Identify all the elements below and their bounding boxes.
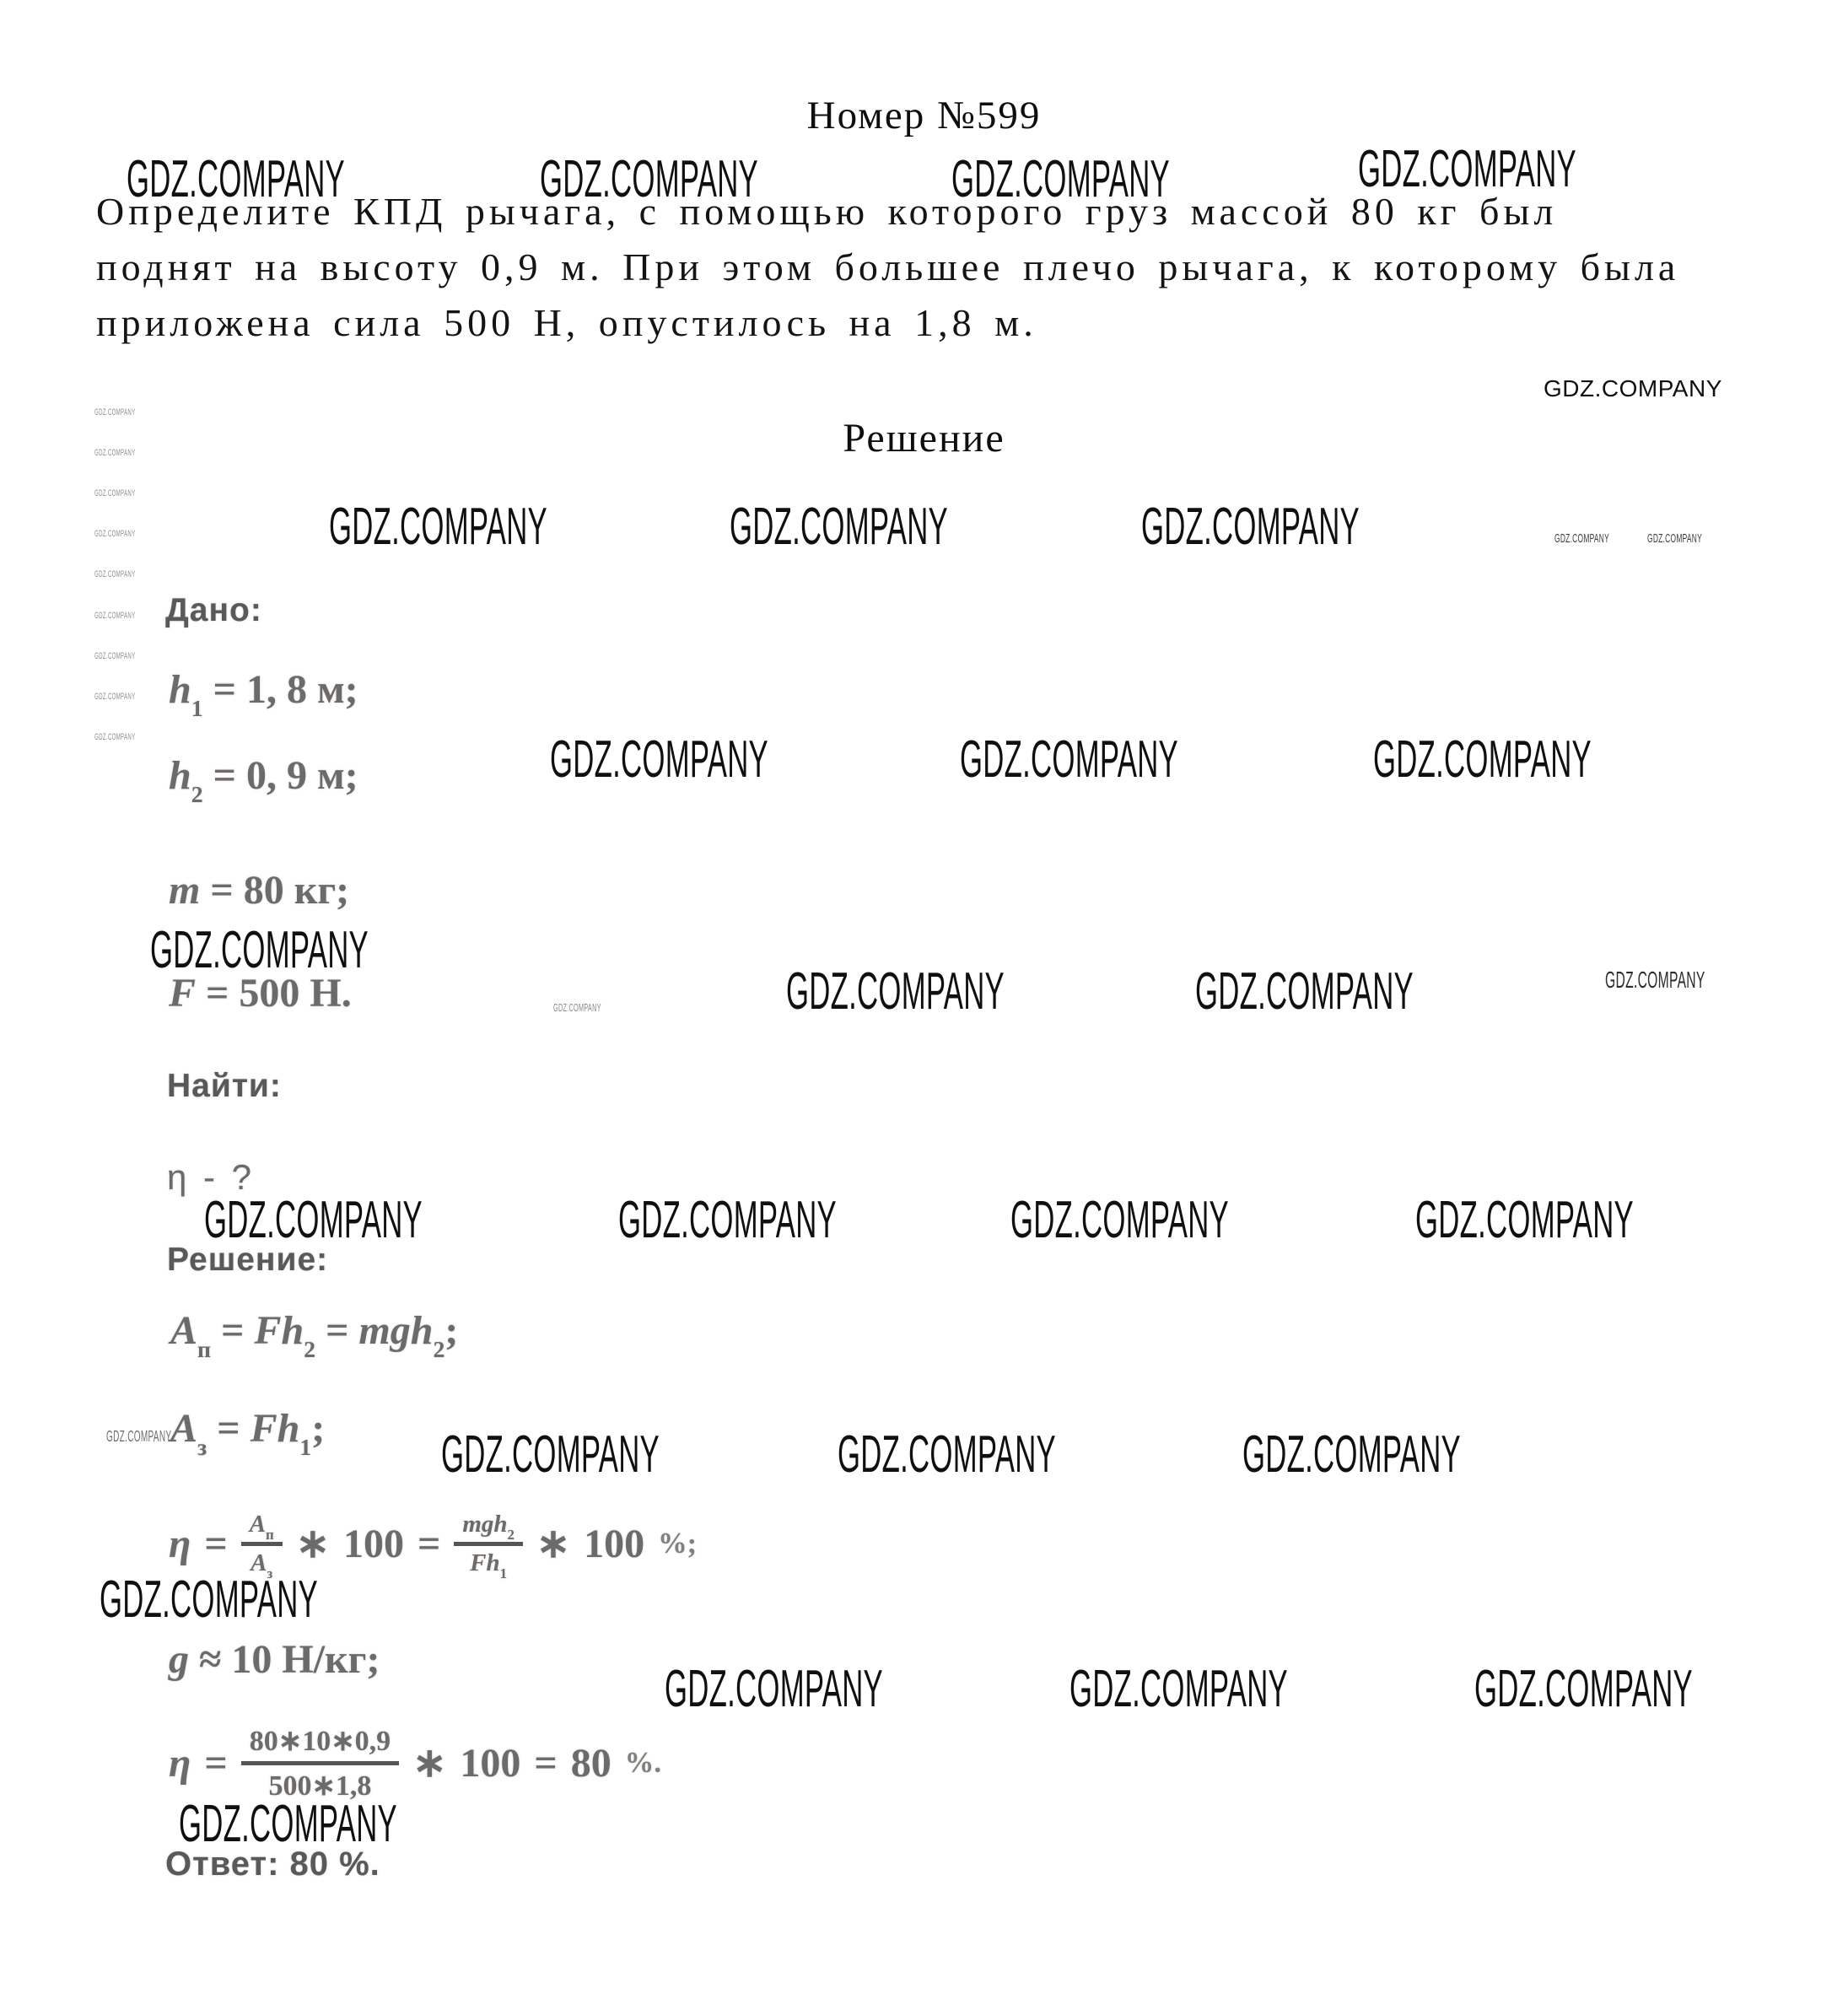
watermark: GDZ.COMPANY: [150, 924, 369, 977]
solution-heading: Решение: [0, 415, 1848, 461]
fraction: Aп Aз: [241, 1511, 283, 1577]
formula-var: Fh: [254, 1308, 304, 1353]
eta-symbol: η: [169, 1740, 191, 1786]
given-mass-var: m: [169, 868, 200, 913]
problem-line-3: приложена сила 500 Н, опустилось на 1,8 …: [96, 300, 1037, 345]
numerator: 80∗10∗0,9: [241, 1724, 399, 1765]
watermark: GDZ.COMPANY: [618, 1194, 837, 1247]
fraction: 80∗10∗0,9 500∗1,8: [241, 1724, 399, 1802]
formula-var: g: [169, 1637, 189, 1682]
equals-sign: =: [211, 1308, 254, 1353]
given-h1-sub: 1: [191, 696, 203, 722]
formula-var: Fh: [251, 1406, 300, 1451]
formula-var: A: [170, 1406, 197, 1451]
watermark: GDZ.COMPANY: [100, 1574, 318, 1626]
formula-var: mgh: [358, 1308, 433, 1353]
given-h2-var: h: [169, 753, 191, 798]
equals-sign: =: [207, 1406, 250, 1451]
answer-text: Ответ: 80 %.: [165, 1845, 380, 1883]
watermark: GDZ.COMPANY: [1415, 1194, 1634, 1247]
constant-100: 100: [584, 1521, 644, 1567]
given-mass: m = 80 кг;: [169, 867, 349, 913]
given-h1-var: h: [169, 667, 191, 712]
formula-sub: п: [266, 1527, 274, 1543]
watermark: GDZ.COMPANY: [960, 734, 1178, 786]
equals-sign: =: [534, 1740, 557, 1786]
problem-line-1: Определите КПД рычага, с помощью которог…: [96, 189, 1557, 234]
watermark: GDZ.COMPANY: [1242, 1429, 1461, 1481]
given-h2-value: = 0, 9 м;: [203, 753, 358, 798]
watermark: GDZ.COMPANY: [665, 1663, 883, 1716]
given-h2-sub: 2: [191, 782, 203, 808]
watermark: GDZ.COMPANY: [94, 530, 135, 539]
given-h2: h2 = 0, 9 м;: [169, 752, 358, 799]
numerator: mgh2: [454, 1511, 523, 1546]
watermark: GDZ.COMPANY: [94, 449, 135, 458]
formula-var: mgh: [462, 1511, 507, 1538]
watermark: GDZ.COMPANY: [1544, 377, 1722, 401]
watermark: GDZ.COMPANY: [441, 1429, 660, 1481]
numerator: Aп: [241, 1511, 283, 1546]
watermark: GDZ.COMPANY: [730, 501, 948, 553]
watermark: GDZ.COMPANY: [1554, 532, 1609, 545]
work-heading: Решение:: [167, 1242, 328, 1279]
formula-sub: 2: [433, 1337, 444, 1363]
equals-sign: =: [315, 1308, 358, 1353]
given-force-var: F: [169, 971, 196, 1016]
formula-var: Fh: [470, 1549, 499, 1576]
formula-sub: 2: [508, 1527, 515, 1543]
watermark: GDZ.COMPANY: [1069, 1663, 1288, 1716]
formula-sub: 1: [299, 1435, 311, 1461]
multiply-sign: ∗: [296, 1520, 330, 1567]
gravity-rest: ≈ 10 Н/кг;: [189, 1637, 380, 1682]
watermark: GDZ.COMPANY: [550, 734, 768, 786]
formula-var: A: [250, 1511, 266, 1538]
watermark: GDZ.COMPANY: [94, 612, 135, 621]
percent-sign: %.: [625, 1747, 661, 1780]
given-mass-value: = 80 кг;: [200, 868, 349, 913]
given-heading: Дано:: [165, 592, 262, 629]
multiply-sign: ∗: [536, 1520, 570, 1567]
formula-sub: з: [197, 1435, 207, 1461]
watermark: GDZ.COMPANY: [1358, 143, 1576, 196]
multiply-sign: ∗: [412, 1739, 446, 1786]
find-heading: Найти:: [167, 1068, 282, 1105]
fraction: mgh2 Fh1: [454, 1511, 523, 1577]
watermark: GDZ.COMPANY: [1010, 1194, 1229, 1247]
watermark: GDZ.COMPANY: [553, 1002, 601, 1013]
formula-spent-work: Aз = Fh1;: [170, 1405, 325, 1452]
watermark: GDZ.COMPANY: [106, 1429, 171, 1444]
percent-sign: %;: [658, 1527, 697, 1560]
watermark: GDZ.COMPANY: [1605, 968, 1705, 992]
given-force: F = 500 Н.: [169, 970, 352, 1016]
watermark: GDZ.COMPANY: [94, 408, 135, 418]
result-value: 80: [571, 1740, 612, 1786]
watermark: GDZ.COMPANY: [838, 1429, 1056, 1481]
problem-line-2: поднят на высоту 0,9 м. При этом большее…: [96, 245, 1679, 289]
constant-100: 100: [343, 1521, 404, 1567]
watermark: GDZ.COMPANY: [204, 1194, 423, 1247]
formula-sub: 1: [500, 1565, 507, 1581]
semicolon: ;: [311, 1406, 325, 1451]
equals-sign: =: [204, 1740, 227, 1786]
given-force-value: = 500 Н.: [196, 971, 352, 1016]
formula-var: A: [170, 1308, 197, 1353]
eta-symbol: η: [169, 1521, 191, 1567]
watermark: GDZ.COMPANY: [94, 489, 135, 498]
given-h1-value: = 1, 8 м;: [203, 667, 358, 712]
watermark: GDZ.COMPANY: [94, 692, 135, 702]
watermark: GDZ.COMPANY: [1195, 966, 1414, 1018]
formula-sub: 2: [304, 1337, 315, 1363]
watermark: GDZ.COMPANY: [1474, 1663, 1693, 1716]
given-h1: h1 = 1, 8 м;: [169, 666, 358, 713]
constant-100: 100: [460, 1740, 520, 1786]
equals-sign: =: [418, 1521, 440, 1567]
equals-sign: =: [204, 1521, 227, 1567]
watermark: GDZ.COMPANY: [179, 1798, 397, 1851]
formula-useful-work: Aп = Fh2 = mgh2;: [170, 1307, 458, 1354]
watermark: GDZ.COMPANY: [1373, 734, 1592, 786]
watermark: GDZ.COMPANY: [1647, 532, 1702, 545]
denominator: Fh1: [470, 1546, 507, 1577]
gravity-value: g ≈ 10 Н/кг;: [169, 1636, 380, 1683]
watermark: GDZ.COMPANY: [94, 652, 135, 661]
semicolon: ;: [444, 1308, 458, 1353]
formula-sub: п: [197, 1337, 211, 1363]
page-title: Номер №599: [0, 93, 1848, 138]
watermark: GDZ.COMPANY: [329, 501, 547, 553]
watermark: GDZ.COMPANY: [786, 966, 1005, 1018]
watermark: GDZ.COMPANY: [94, 733, 135, 742]
watermark: GDZ.COMPANY: [1141, 501, 1360, 553]
watermark: GDZ.COMPANY: [94, 570, 135, 579]
